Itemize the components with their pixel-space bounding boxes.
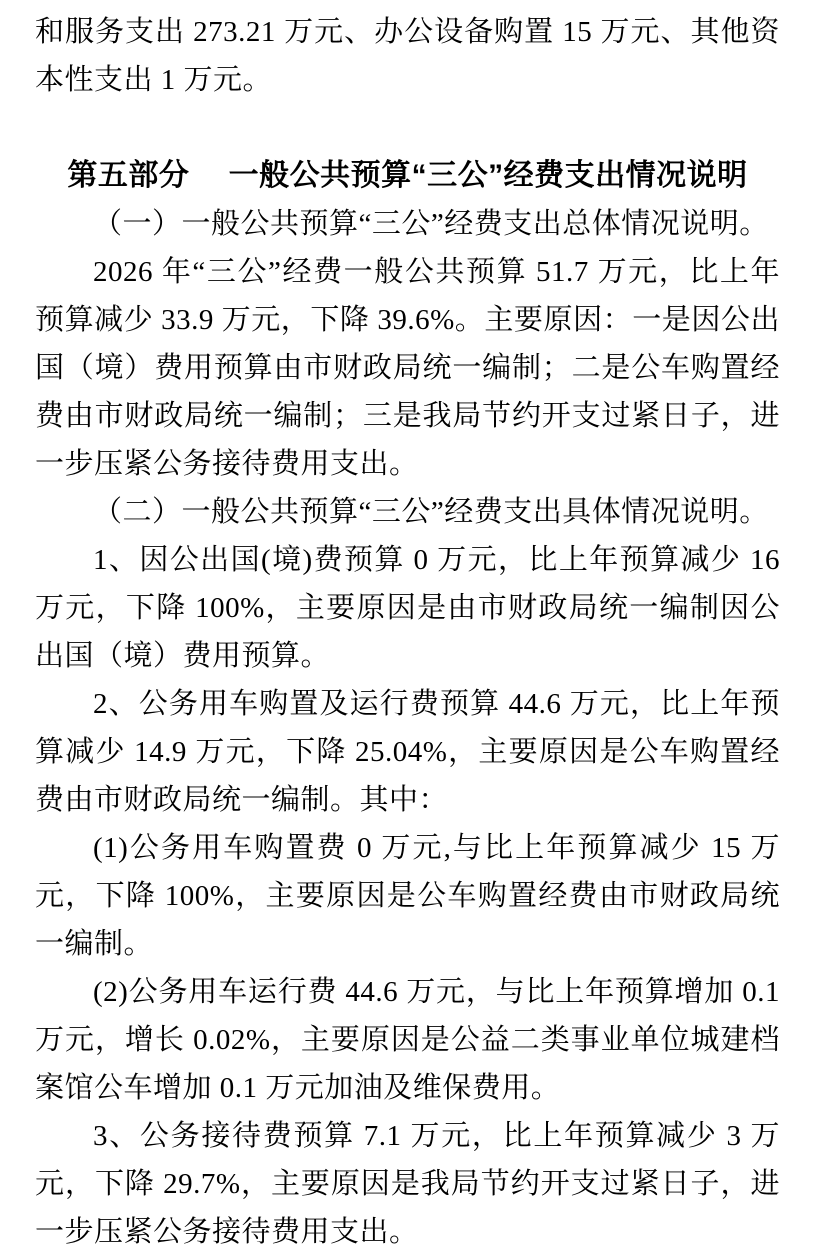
paragraph-overall-note: （一）一般公共预算“三公”经费支出总体情况说明。 <box>35 200 780 248</box>
paragraph-item2-1-vehicle-purchase: (1)公务用车购置费 0 万元,与比上年预算减少 15 万元，下降 100%，主… <box>35 824 780 968</box>
document-page: 和服务支出 273.21 万元、办公设备购置 15 万元、其他资本性支出 1 万… <box>0 0 813 1254</box>
paragraph-item2-2-vehicle-operation: (2)公务用车运行费 44.6 万元，与比上年预算增加 0.1 万元，增长 0.… <box>35 968 780 1112</box>
section-heading-part5: 第五部分 一般公共预算“三公”经费支出情况说明 <box>35 152 780 200</box>
paragraph-overall-detail: 2026 年“三公”经费一般公共预算 51.7 万元，比上年预算减少 33.9 … <box>35 248 780 488</box>
paragraph-item1-abroad-expense: 1、因公出国(境)费预算 0 万元，比上年预算减少 16 万元，下降 100%，… <box>35 536 780 680</box>
paragraph-item2-vehicle-expense: 2、公务用车购置及运行费预算 44.6 万元，比上年预算减少 14.9 万元，下… <box>35 680 780 824</box>
continuation-paragraph: 和服务支出 273.21 万元、办公设备购置 15 万元、其他资本性支出 1 万… <box>35 8 780 104</box>
paragraph-item3-reception-expense: 3、公务接待费预算 7.1 万元，比上年预算减少 3 万元，下降 29.7%，主… <box>35 1112 780 1254</box>
paragraph-specific-note: （二）一般公共预算“三公”经费支出具体情况说明。 <box>35 488 780 536</box>
